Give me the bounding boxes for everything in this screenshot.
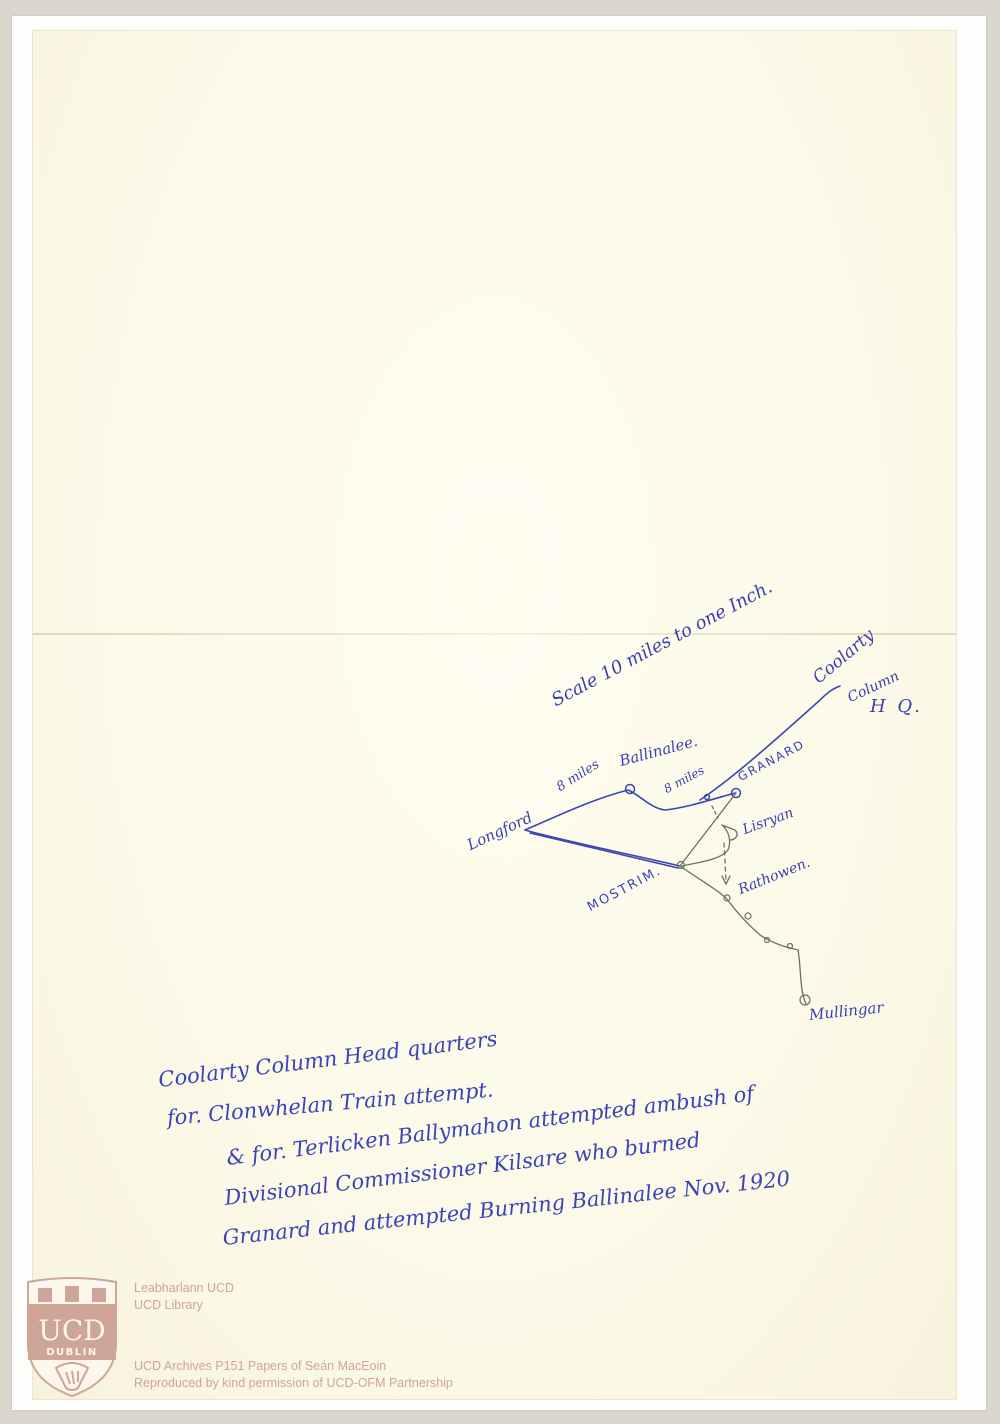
- permission-notice: Reproduced by kind permission of UCD-OFM…: [134, 1375, 453, 1391]
- archive-reference: UCD Archives P151 Papers of Seán MacEoin: [134, 1358, 386, 1374]
- library-name: UCD Library: [134, 1297, 203, 1313]
- page-fold: [33, 633, 956, 635]
- logo-dublin-text: DUBLIN: [46, 1347, 98, 1358]
- logo-ucd-text: UCD: [38, 1314, 105, 1347]
- ucd-logo: UCD DUBLIN: [26, 1276, 118, 1398]
- library-name-irish: Leabharlann UCD: [134, 1280, 234, 1296]
- paper-sheet: [32, 30, 957, 1400]
- map-label-hq: H Q.: [870, 696, 923, 717]
